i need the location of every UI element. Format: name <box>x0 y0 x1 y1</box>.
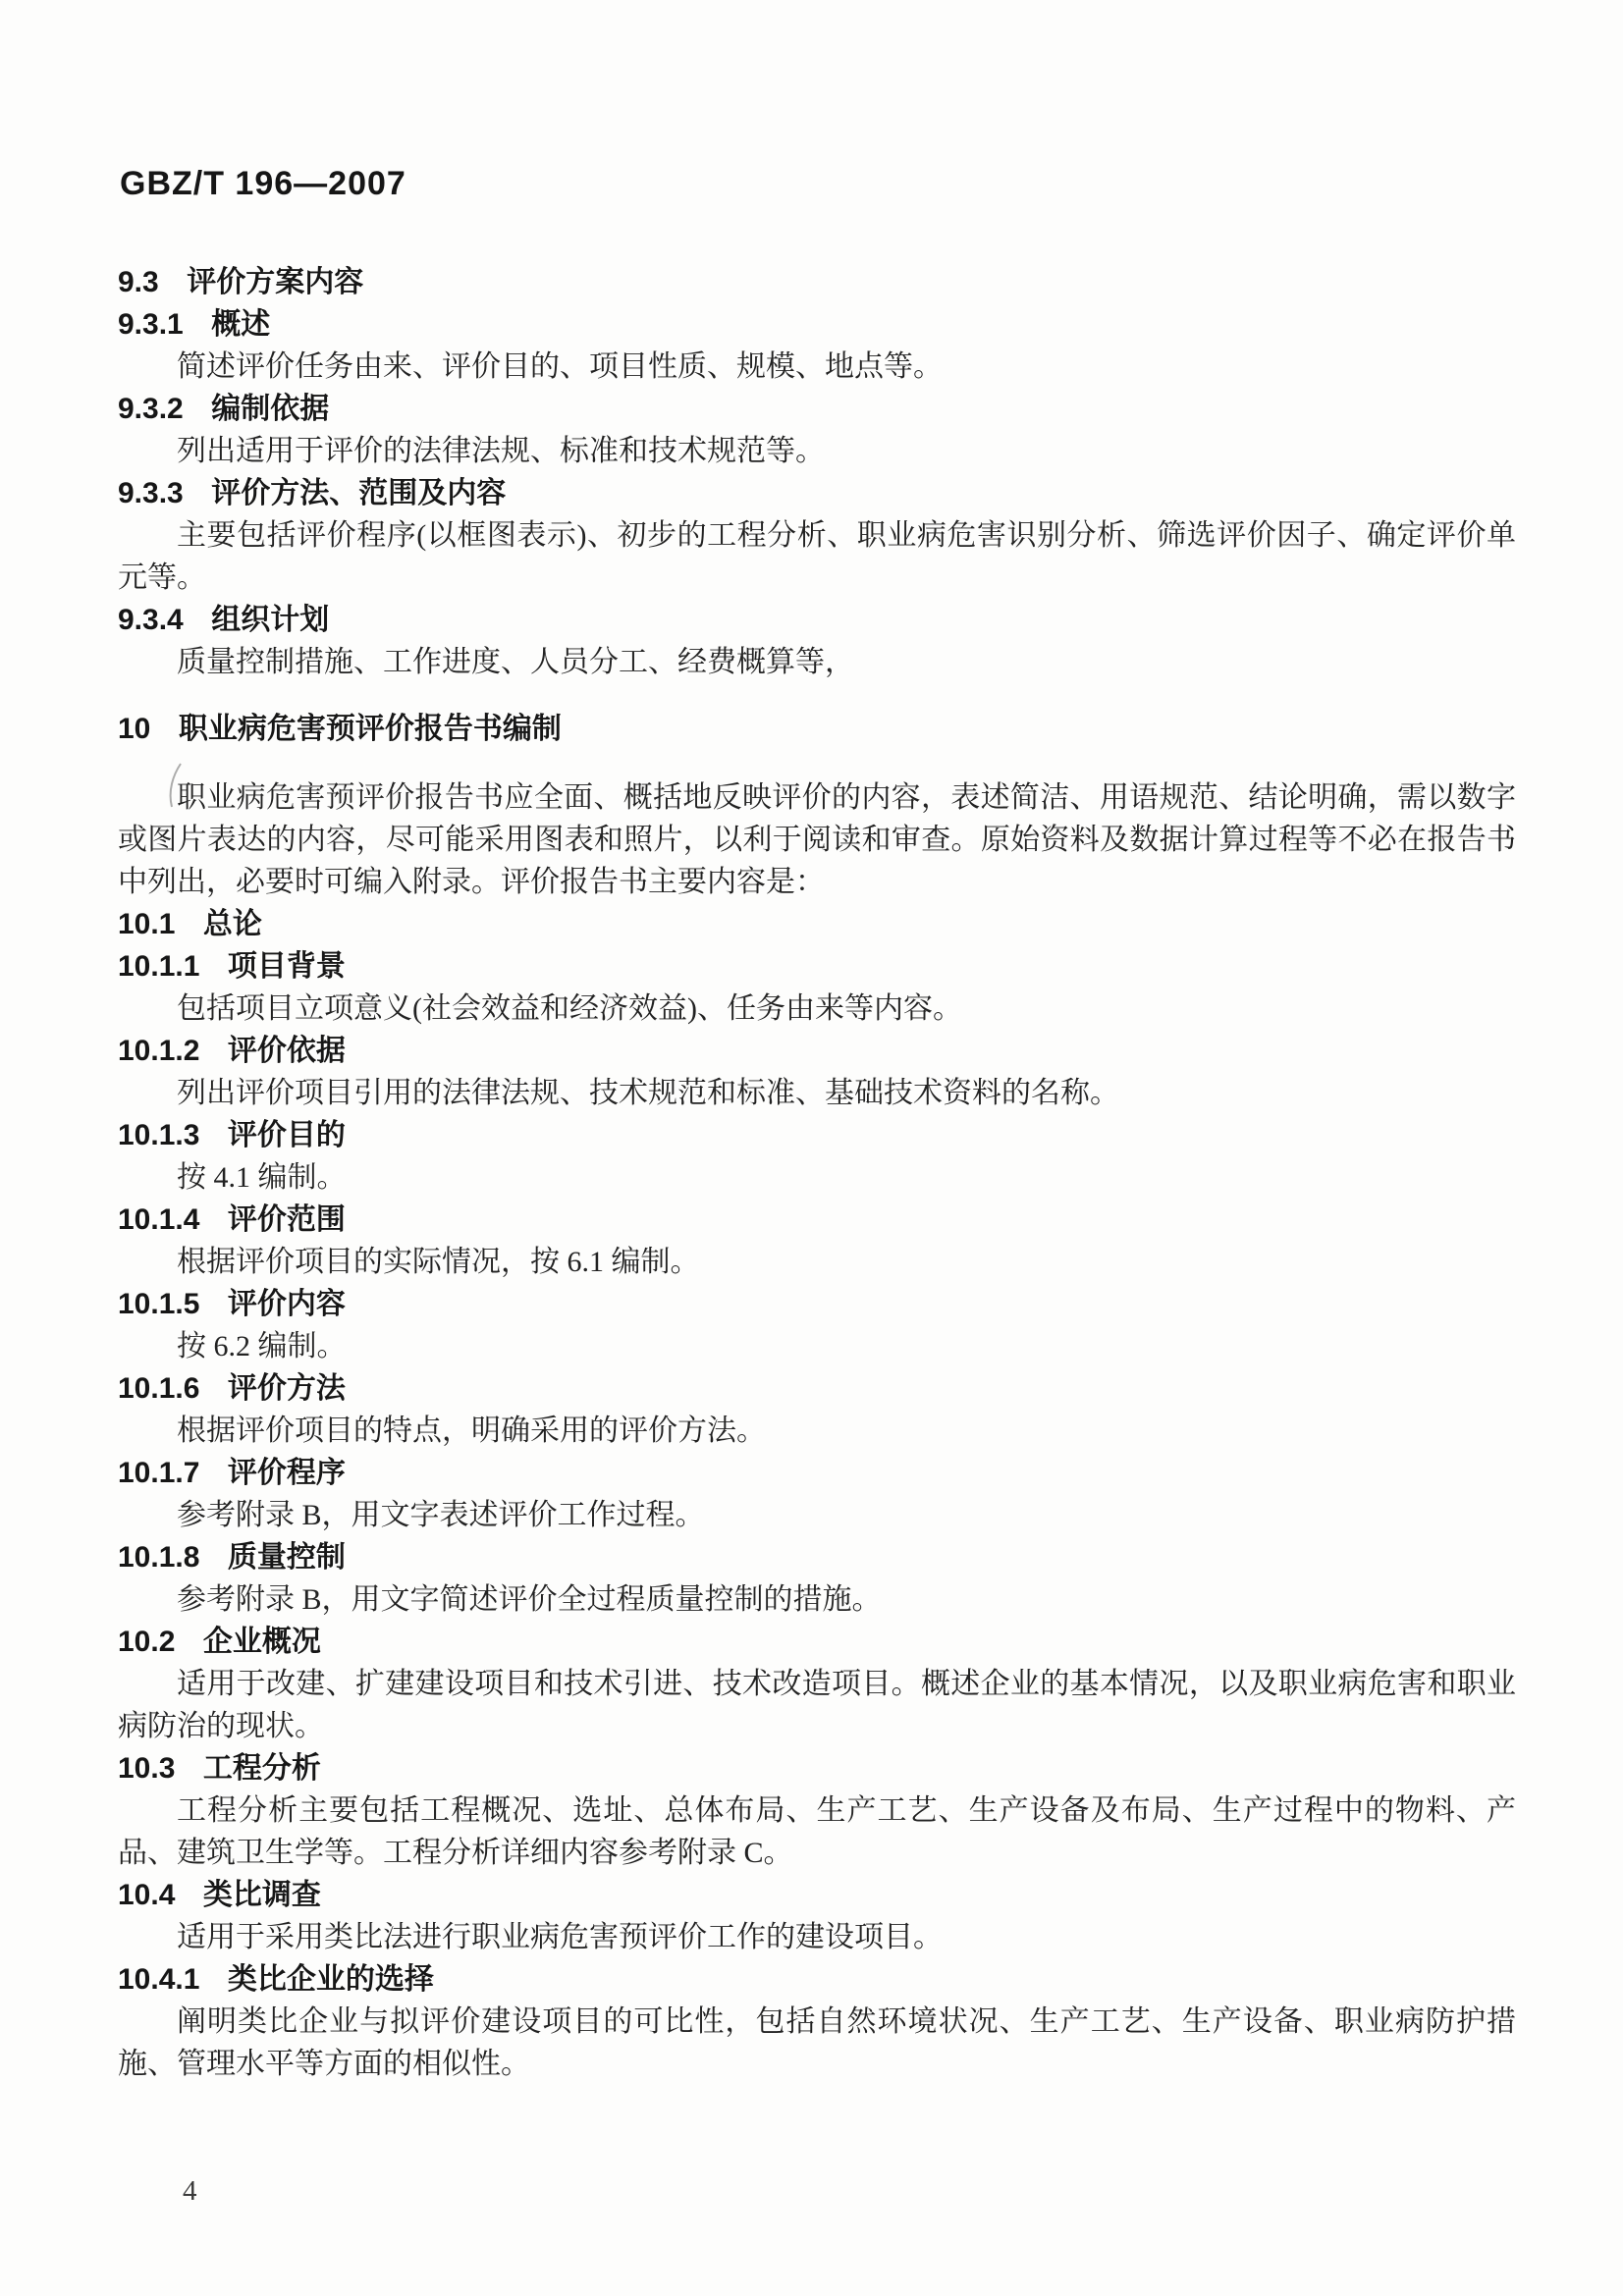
paragraph: 根据评价项目的特点，明确采用的评价方法。 <box>118 1410 1516 1452</box>
heading-10-4-1: 10.4.1类比企业的选择 <box>118 1958 1516 2001</box>
heading-title: 类比调查 <box>203 1874 321 1916</box>
heading-title: 项目背景 <box>228 945 346 988</box>
heading-number: 9.3.4 <box>118 599 184 641</box>
heading-10-1-7: 10.1.7评价程序 <box>118 1452 1516 1494</box>
standard-code: GBZ/T 196—2007 <box>120 165 406 203</box>
heading-title: 类比企业的选择 <box>228 1958 434 2001</box>
heading-title: 质量控制 <box>228 1536 346 1578</box>
heading-number: 10.1.2 <box>118 1030 199 1072</box>
heading-number: 9.3.1 <box>118 303 184 346</box>
paragraph: 参考附录 B，用文字表述评价工作过程。 <box>118 1494 1516 1536</box>
heading-number: 10 <box>118 708 150 750</box>
paragraph: 参考附录 B，用文字简述评价全过程质量控制的措施。 <box>118 1578 1516 1621</box>
paragraph: 列出适用于评价的法律法规、标准和技术规范等。 <box>118 430 1516 472</box>
heading-number: 10.1 <box>118 903 175 945</box>
heading-9-3-4: 9.3.4组织计划 <box>118 599 1516 641</box>
paragraph: 按 6.2 编制。 <box>118 1325 1516 1367</box>
heading-number: 10.1.4 <box>118 1199 199 1241</box>
document-body: 9.3评价方案内容9.3.1概述简述评价任务由来、评价目的、项目性质、规模、地点… <box>118 261 1516 2085</box>
heading-10-2: 10.2企业概况 <box>118 1621 1516 1663</box>
heading-number: 10.2 <box>118 1621 175 1663</box>
heading-number: 10.1.6 <box>118 1367 199 1410</box>
heading-title: 评价范围 <box>228 1199 346 1241</box>
heading-title: 评价程序 <box>228 1452 346 1494</box>
paragraph: 阐明类比企业与拟评价建设项目的可比性，包括自然环境状况、生产工艺、生产设备、职业… <box>118 2001 1516 2085</box>
paragraph: 工程分析主要包括工程概况、选址、总体布局、生产工艺、生产设备及布局、生产过程中的… <box>118 1789 1516 1874</box>
heading-number: 10.4 <box>118 1874 175 1916</box>
heading-10-1-3: 10.1.3评价目的 <box>118 1114 1516 1156</box>
paragraph: 包括项目立项意义(社会效益和经济效益)、任务由来等内容。 <box>118 988 1516 1030</box>
heading-9-3-1: 9.3.1概述 <box>118 303 1516 346</box>
paragraph: 质量控制措施、工作进度、人员分工、经费概算等， <box>118 641 1516 683</box>
heading-title: 组织计划 <box>211 599 329 641</box>
heading-title: 评价方法、范围及内容 <box>211 472 506 514</box>
heading-10-1-1: 10.1.1项目背景 <box>118 945 1516 988</box>
heading-number: 9.3.2 <box>118 388 184 430</box>
heading-9-3-3: 9.3.3评价方法、范围及内容 <box>118 472 1516 514</box>
heading-number: 10.1.1 <box>118 945 199 988</box>
heading-number: 10.1.3 <box>118 1114 199 1156</box>
heading-title: 评价方案内容 <box>187 261 363 303</box>
heading-9-3-2: 9.3.2编制依据 <box>118 388 1516 430</box>
heading-10-1-2: 10.1.2评价依据 <box>118 1030 1516 1072</box>
heading-title: 评价目的 <box>228 1114 346 1156</box>
heading-number: 10.4.1 <box>118 1958 199 2001</box>
heading-10-1-6: 10.1.6评价方法 <box>118 1367 1516 1410</box>
scanned-document-page: GBZ/T 196—2007 9.3评价方案内容9.3.1概述简述评价任务由来、… <box>0 0 1623 2296</box>
heading-title: 编制依据 <box>211 388 329 430</box>
page-number: 4 <box>183 2175 197 2208</box>
heading-title: 评价内容 <box>228 1283 346 1325</box>
paragraph: 职业病危害预评价报告书应全面、概括地反映评价的内容，表述简洁、用语规范、结论明确… <box>118 776 1516 903</box>
heading-number: 9.3.3 <box>118 472 184 514</box>
heading-number: 10.1.8 <box>118 1536 199 1578</box>
paragraph: 简述评价任务由来、评价目的、项目性质、规模、地点等。 <box>118 346 1516 388</box>
heading-title: 职业病危害预评价报告书编制 <box>179 708 562 750</box>
heading-title: 评价依据 <box>228 1030 346 1072</box>
heading-9-3: 9.3评价方案内容 <box>118 261 1516 303</box>
heading-number: 10.1.5 <box>118 1283 199 1325</box>
heading-10-1: 10.1总论 <box>118 903 1516 945</box>
heading-number: 10.1.7 <box>118 1452 199 1494</box>
paragraph: 根据评价项目的实际情况，按 6.1 编制。 <box>118 1241 1516 1283</box>
heading-10-1-8: 10.1.8质量控制 <box>118 1536 1516 1578</box>
heading-title: 工程分析 <box>203 1747 321 1789</box>
heading-10-4: 10.4类比调查 <box>118 1874 1516 1916</box>
heading-title: 评价方法 <box>228 1367 346 1410</box>
heading-title: 企业概况 <box>203 1621 321 1663</box>
heading-10: 10职业病危害预评价报告书编制 <box>118 708 1516 750</box>
paragraph: 列出评价项目引用的法律法规、技术规范和标准、基础技术资料的名称。 <box>118 1072 1516 1114</box>
paragraph: 按 4.1 编制。 <box>118 1156 1516 1199</box>
heading-number: 10.3 <box>118 1747 175 1789</box>
paragraph: 主要包括评价程序(以框图表示)、初步的工程分析、职业病危害识别分析、筛选评价因子… <box>118 514 1516 599</box>
heading-10-1-4: 10.1.4评价范围 <box>118 1199 1516 1241</box>
heading-number: 9.3 <box>118 261 159 303</box>
heading-10-3: 10.3工程分析 <box>118 1747 1516 1789</box>
paragraph: 适用于改建、扩建建设项目和技术引进、技术改造项目。概述企业的基本情况，以及职业病… <box>118 1663 1516 1747</box>
heading-title: 总论 <box>203 903 262 945</box>
paragraph: 适用于采用类比法进行职业病危害预评价工作的建设项目。 <box>118 1916 1516 1958</box>
heading-10-1-5: 10.1.5评价内容 <box>118 1283 1516 1325</box>
heading-title: 概述 <box>211 303 270 346</box>
